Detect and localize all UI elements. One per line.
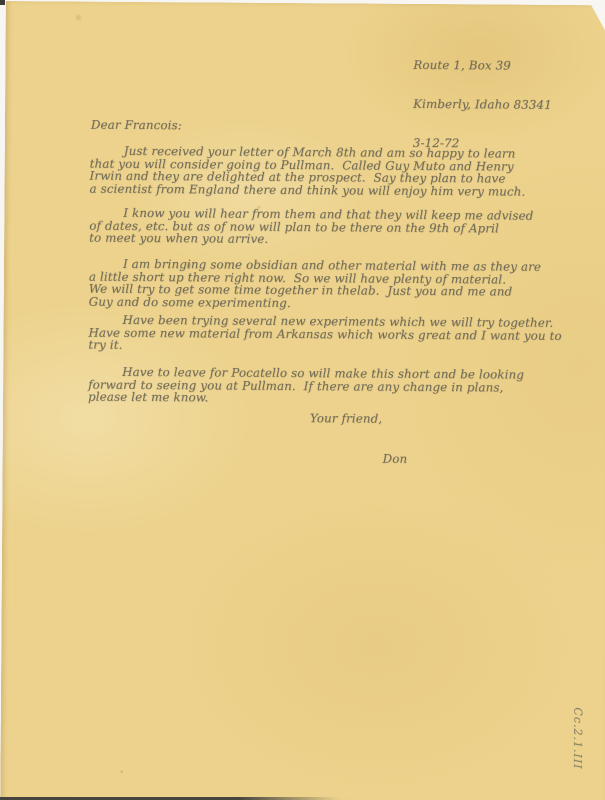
return-address-line2: Kimberly, Idaho 83341 — [413, 98, 552, 112]
closing: Your friend, — [310, 412, 382, 425]
scan-corner-mark — [0, 0, 5, 5]
letter-paragraph: Have been trying several new experiments… — [88, 314, 566, 355]
letter-paragraph: I know you will hear from them and that … — [89, 207, 567, 248]
letter-sheet: Route 1, Box 39 Kimberly, Idaho 83341 3-… — [0, 1, 605, 800]
signature: Don — [383, 453, 408, 466]
letter-paragraph: I am bringing some obsidian and other ma… — [89, 258, 567, 311]
archive-marking: Cc.2.1.III — [571, 702, 585, 774]
letter-paragraph: Just received your letter of March 8th a… — [89, 145, 567, 198]
letter-paragraph: Have to leave for Pocatello so will make… — [88, 366, 566, 407]
return-address-line1: Route 1, Box 39 — [413, 59, 552, 73]
salutation: Dear Francois: — [91, 119, 182, 132]
